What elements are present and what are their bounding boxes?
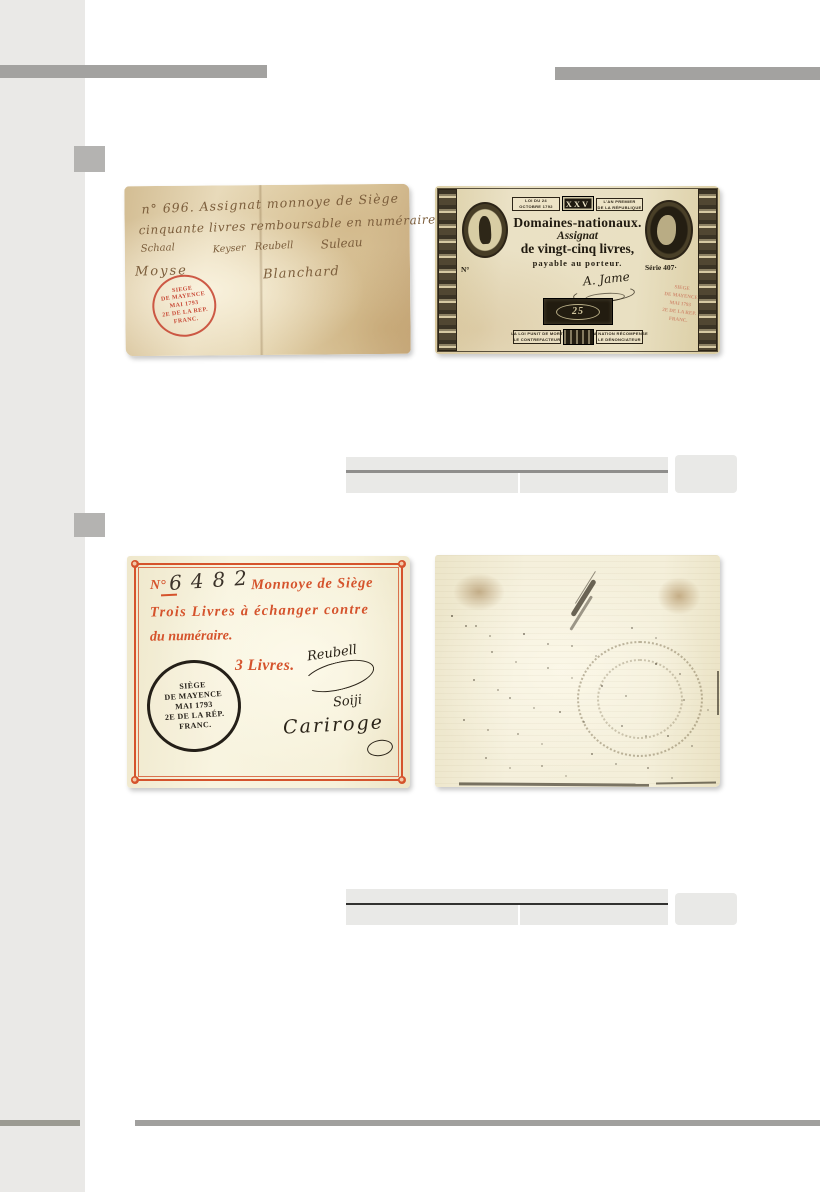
footer-rule-left: [0, 1120, 80, 1126]
lot1-estimate-box: [675, 455, 737, 493]
paper-stain: [453, 573, 505, 611]
ornament-strip-right: [698, 189, 717, 351]
lot2-detail-cell-left: [346, 905, 518, 925]
signature: Schaal: [141, 242, 175, 254]
corner-dot: [398, 560, 406, 568]
lot1-detail-cell-left: [346, 473, 518, 493]
payable-line: payable au porteur.: [485, 258, 670, 268]
counterfeit-warning-box: LA LOI PUNIT DE MORT LE CONTREFACTEUR: [513, 330, 561, 344]
assignat-title: Domaines-nationaux.: [485, 215, 670, 231]
corner-dot: [131, 776, 139, 784]
watermark-panel: [563, 329, 594, 345]
law-box: LOI DU 24 OCTOBRE 1792: [512, 197, 560, 211]
bleedthrough-stamp: SIEGE DE MAYENCE MAI 1793 2E DE LA REP. …: [656, 274, 705, 337]
ghost-line: FRANC.: [668, 316, 688, 326]
stamp-line: FRANC.: [173, 316, 199, 327]
corner-dot: [398, 776, 406, 784]
banknote-photo-mayence-3-back: [435, 555, 720, 787]
corner-dot: [131, 560, 139, 568]
lot1-detail-cell-right: [520, 473, 668, 493]
signature: Keyser: [213, 242, 246, 255]
era-box: L'AN PREMIER DE LA RÉPUBLIQUE: [596, 198, 643, 211]
lot2-description-row: [346, 889, 668, 903]
roman-value-box: XXV: [562, 196, 594, 211]
lot1-description-row: [346, 457, 668, 470]
stamp-ghost-ring: [597, 659, 683, 739]
edge-mark: [717, 671, 720, 715]
assignat-value-line: de vingt-cinq livres,: [475, 241, 680, 257]
lot2-detail-cell-right: [520, 905, 668, 925]
reward-line: LE DÉNONCIATEUR: [598, 337, 641, 343]
left-margin-strip: [0, 0, 85, 1192]
value-line: 3 Livres.: [235, 657, 295, 675]
foxing-speckles: [475, 625, 477, 627]
handwritten-line-2: cinquante livres remboursable en numérai…: [138, 212, 436, 237]
reward-box: LA NATION RÉCOMPENSE LE DÉNONCIATEUR: [596, 330, 643, 344]
ink-smudge: [570, 579, 596, 617]
title-line-3: du numéraire.: [150, 628, 233, 645]
value-panel: 25: [543, 298, 613, 325]
banknote-photo-assignat-25-front: LOI DU 24 OCTOBRE 1792 XXV L'AN PREMIER …: [435, 186, 720, 354]
banknote-photo-mayence-50-front: n° 696. Assignat monnoye de Siège cinqua…: [124, 184, 410, 356]
law-line: OCTOBRE 1792: [519, 204, 553, 210]
serial-prefix: N°: [461, 265, 469, 274]
top-right-rule: [555, 67, 820, 80]
section-marker-1: [74, 146, 105, 172]
edge-mark: [656, 781, 716, 784]
lot2-estimate-box: [675, 893, 737, 925]
siege-stamp-red: SIEGE DE MAYENCE MAI 1793 2E DE LA REP. …: [149, 271, 221, 341]
edge-mark: [459, 782, 649, 786]
footer-rule-right: [135, 1120, 820, 1126]
top-left-rule: [0, 65, 267, 78]
section-marker-2: [74, 513, 105, 537]
ornament-strip-left: [438, 189, 457, 351]
series-label: Série 407·: [645, 263, 677, 272]
serial-prefix: N°: [150, 578, 166, 594]
banknote-photo-mayence-3-front: N° 6482 Monnoye de Siège Trois Livres à …: [127, 556, 410, 788]
foxing-speckles: [451, 615, 453, 617]
lozenge-outline: [556, 304, 600, 320]
era-line: DE LA RÉPUBLIQUE: [598, 205, 642, 211]
signature: Soiji: [332, 693, 363, 711]
handwritten-line-1: n° 696. Assignat monnoye de Siège: [141, 190, 399, 216]
title-line-2: Trois Livres à échanger contre: [150, 601, 369, 621]
paper-stain: [657, 577, 701, 615]
warning-line: LE CONTREFACTEUR: [514, 337, 561, 343]
signature: Reubell: [255, 240, 294, 253]
signature: Blanchard: [263, 264, 340, 282]
stamp-line: FRANC.: [179, 720, 212, 732]
signature: Suleau: [320, 235, 363, 252]
title-line-1: Monnoye de Siège: [251, 575, 374, 594]
